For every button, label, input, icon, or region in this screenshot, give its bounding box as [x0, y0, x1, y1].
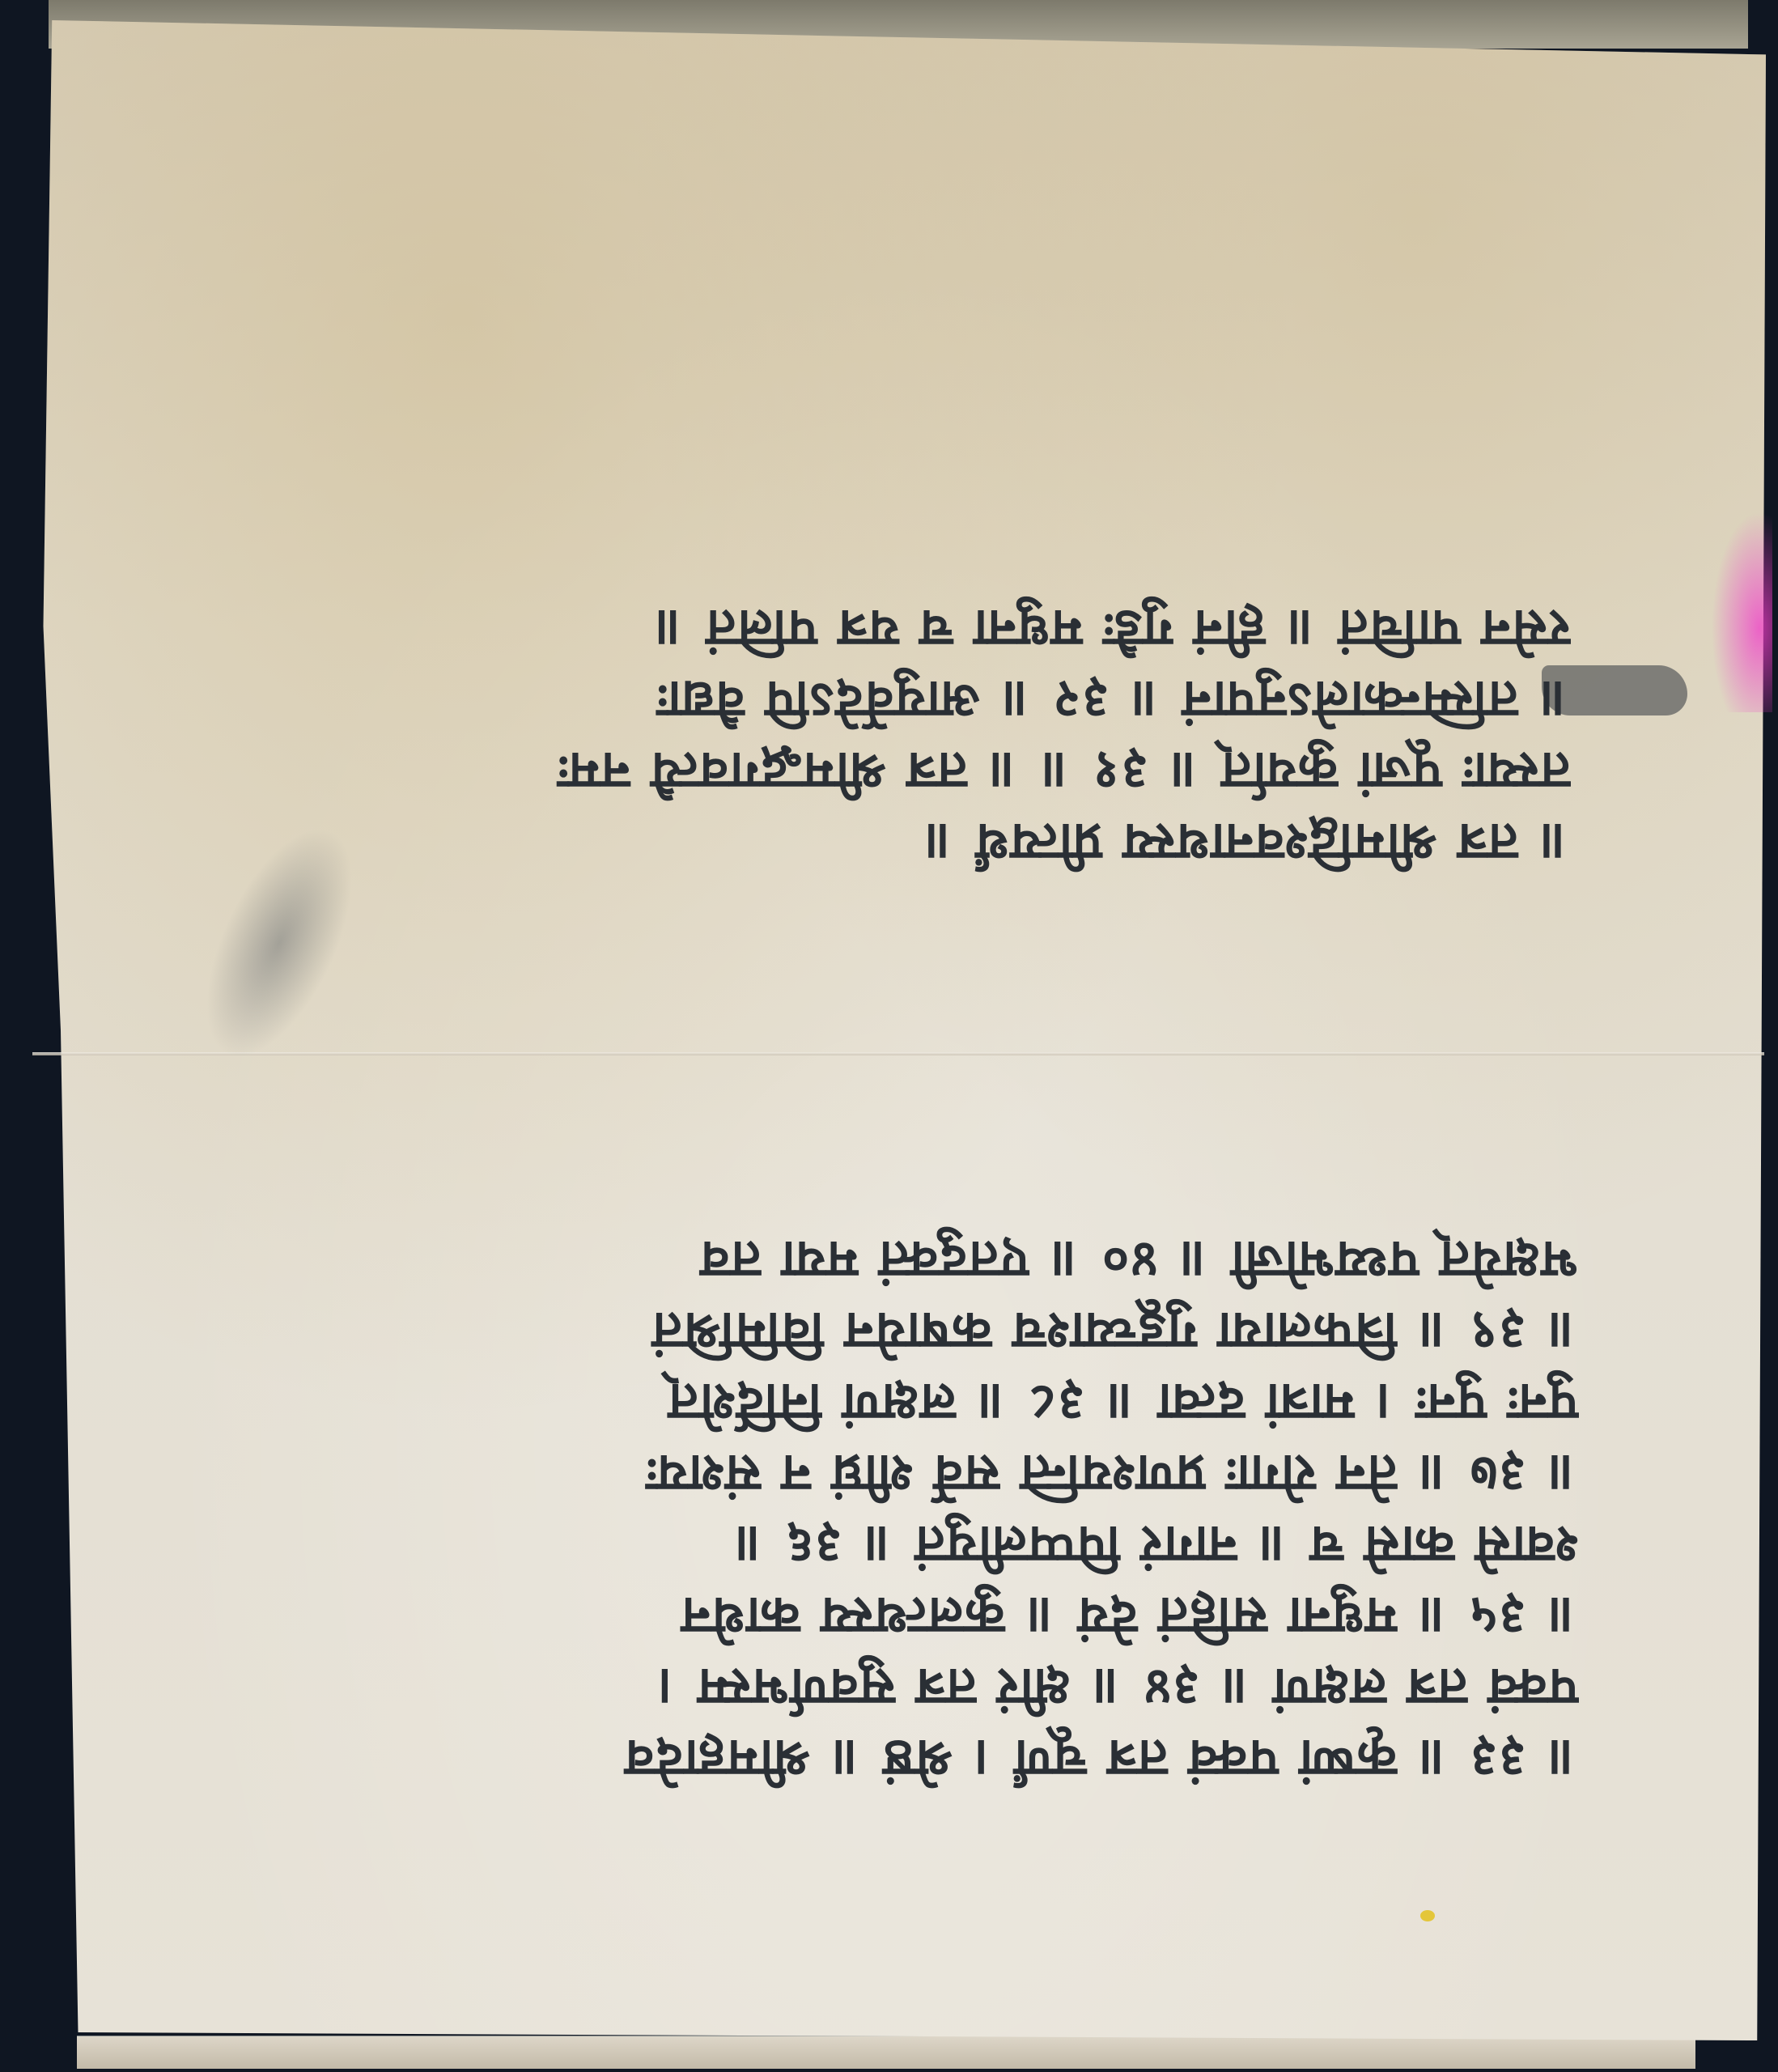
lower-text-block: ॥ ३३ ॥ कृष्णं पक्वं तत्र चूर्णं । श्रेष्… — [267, 1214, 1578, 1784]
yellow-spot — [1420, 1910, 1435, 1921]
text-line: ॥ ३५ ॥ मधुना सहितं देयं ॥ कुलत्थस्य काथे… — [267, 1570, 1578, 1641]
bottom-leaf-edge — [77, 2036, 1695, 2069]
upper-text-block: ॥ तत्र श्रीमद्विश्वनाथस्य प्रीत्यर्थं ॥ … — [243, 583, 1570, 868]
text-line: ॥ ३३ ॥ कृष्णं पक्वं तत्र चूर्णं । श्रेष्… — [267, 1713, 1578, 1784]
text-line: श्वासे कासे च ॥ नागरं पिप्पलीयुतं ॥ ३६ ॥ — [267, 1499, 1578, 1570]
text-line: ॥ ३९ ॥ त्रिफलाया गुडूच्याश्च कषायेन विमि… — [267, 1285, 1578, 1357]
text-line: रसेन पाचितं ॥ हीनं गुडैः मधुना च यत्र पल… — [243, 583, 1570, 654]
text-line: ॥ तत्र श्रीमद्विश्वनाथस्य प्रीत्यर्थं ॥ — [243, 796, 1570, 868]
text-line: पुनः पुनः । मात्रां दत्वा ॥ ३८ ॥ लक्षणं … — [267, 1357, 1578, 1428]
text-line: भक्षयेत् पथ्यभोजी ॥ ४० ॥ एतदुक्तं मया तव — [267, 1214, 1578, 1285]
text-line: ॥ तस्मिन्कालेऽनुपानं ॥ ३२ ॥ आयुर्वेदेऽपि… — [243, 654, 1570, 725]
text-line: ॥ ३७ ॥ तेन रोगाः प्रणश्यन्ति सर्वे शीघ्र… — [267, 1428, 1578, 1499]
text-line: पक्वं तत्र लक्षणं ॥ ३४ ॥ क्षीरं तत्र सुव… — [267, 1641, 1578, 1713]
pink-stain — [1708, 502, 1772, 712]
text-line: तस्याः पूजां कुर्यात् ॥ ३१ ॥ ॥ तत्र श्री… — [243, 725, 1570, 796]
